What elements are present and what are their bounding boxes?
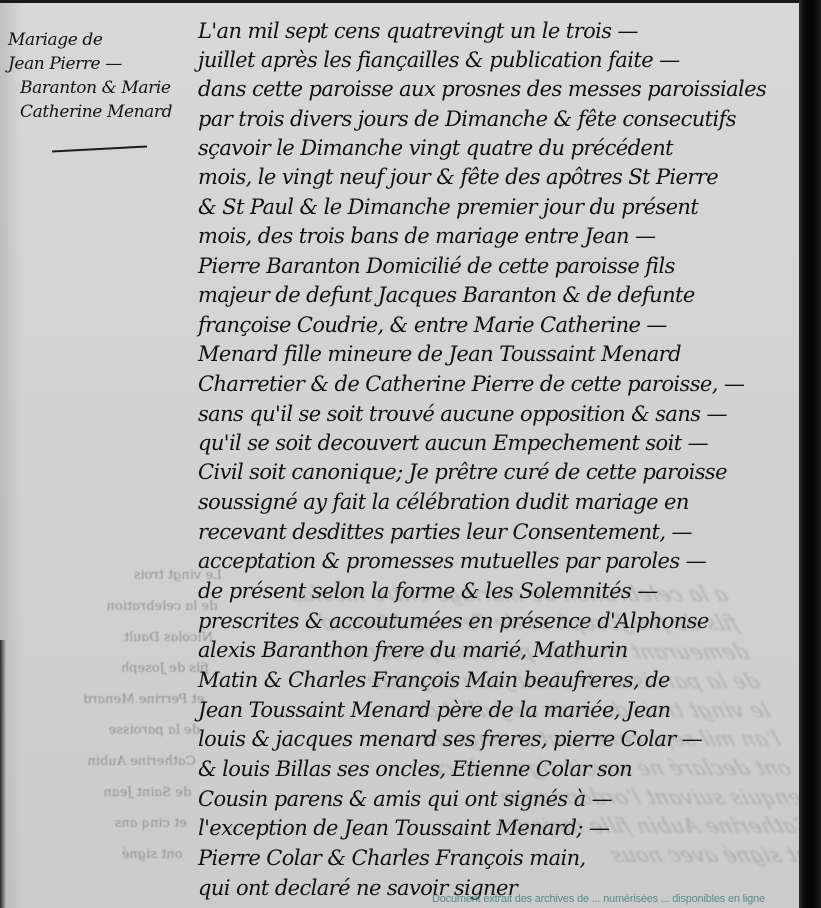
archive-watermark: Document extrait des archives de ... num… bbox=[432, 893, 765, 905]
text-line: Charretier & de Catherine Pierre de cett… bbox=[198, 369, 744, 399]
text-line: sans qu'il se soit trouvé aucune opposit… bbox=[198, 399, 727, 429]
text-line: Jean Toussaint Menard père de la mariée,… bbox=[198, 695, 670, 725]
text-line: recevant desdittes parties leur Consente… bbox=[198, 517, 692, 547]
text-line: par trois divers jours de Dimanche & fêt… bbox=[198, 104, 736, 134]
text-line: prescrites & accoutumées en présence d'A… bbox=[198, 606, 709, 636]
text-line: majeur de defunt Jacques Baranton & de d… bbox=[198, 280, 695, 310]
scan-top-edge bbox=[0, 0, 821, 3]
text-line: mois, le vingt neuf jour & fête des apôt… bbox=[198, 162, 718, 192]
text-line: dans cette paroisse aux prosnes des mess… bbox=[198, 74, 766, 104]
text-line: mois, des trois bans de mariage entre Je… bbox=[198, 221, 655, 251]
text-line: l'exception de Jean Toussaint Menard; — bbox=[198, 813, 609, 843]
text-line: françoise Coudrie, & entre Marie Catheri… bbox=[198, 310, 667, 340]
text-line: Civil soit canonique; Je prêtre curé de … bbox=[198, 457, 727, 487]
text-line: Pierre Colar & Charles François main, bbox=[198, 843, 586, 873]
scanned-register-page: Le vingt trois de la celebration Nicolas… bbox=[0, 0, 821, 908]
text-line: alexis Baranthon frere du marié, Mathuri… bbox=[198, 635, 628, 665]
text-line: juillet après les fiançailles & publicat… bbox=[198, 45, 680, 75]
book-binding-edge bbox=[799, 0, 821, 908]
text-line: qu'il se soit decouvert aucun Empechemen… bbox=[198, 428, 708, 458]
text-line: Cousin parens & amis qui ont signés à — bbox=[198, 784, 612, 814]
text-line: L'an mil sept cens quatrevingt un le tro… bbox=[198, 16, 638, 46]
text-line: Pierre Baranton Domicilié de cette paroi… bbox=[198, 251, 675, 281]
text-line: & louis Billas ses oncles, Etienne Colar… bbox=[198, 754, 632, 784]
text-line: acceptation & promesses mutuelles par pa… bbox=[198, 546, 706, 576]
text-line: Matin & Charles François Main beaufreres… bbox=[198, 665, 670, 695]
text-line: de présent selon la forme & les Solemnit… bbox=[198, 576, 658, 606]
text-line: & St Paul & le Dimanche premier jour du … bbox=[198, 192, 698, 222]
margin-underline bbox=[52, 146, 147, 153]
margin-line: Catherine Menard bbox=[6, 98, 196, 126]
text-line: sçavoir le Dimanche vingt quatre du préc… bbox=[198, 133, 673, 163]
margin-title-note: Mariage de Jean Pierre — Baranton & Mari… bbox=[6, 26, 196, 126]
text-line: Menard fille mineure de Jean Toussaint M… bbox=[198, 339, 681, 369]
bleed-through-margin: Le vingt trois de la celebration Nicolas… bbox=[0, 560, 224, 900]
text-line: louis & jacques menard ses freres, pierr… bbox=[198, 724, 702, 754]
text-line: soussigné ay fait la célébration dudit m… bbox=[198, 487, 689, 517]
